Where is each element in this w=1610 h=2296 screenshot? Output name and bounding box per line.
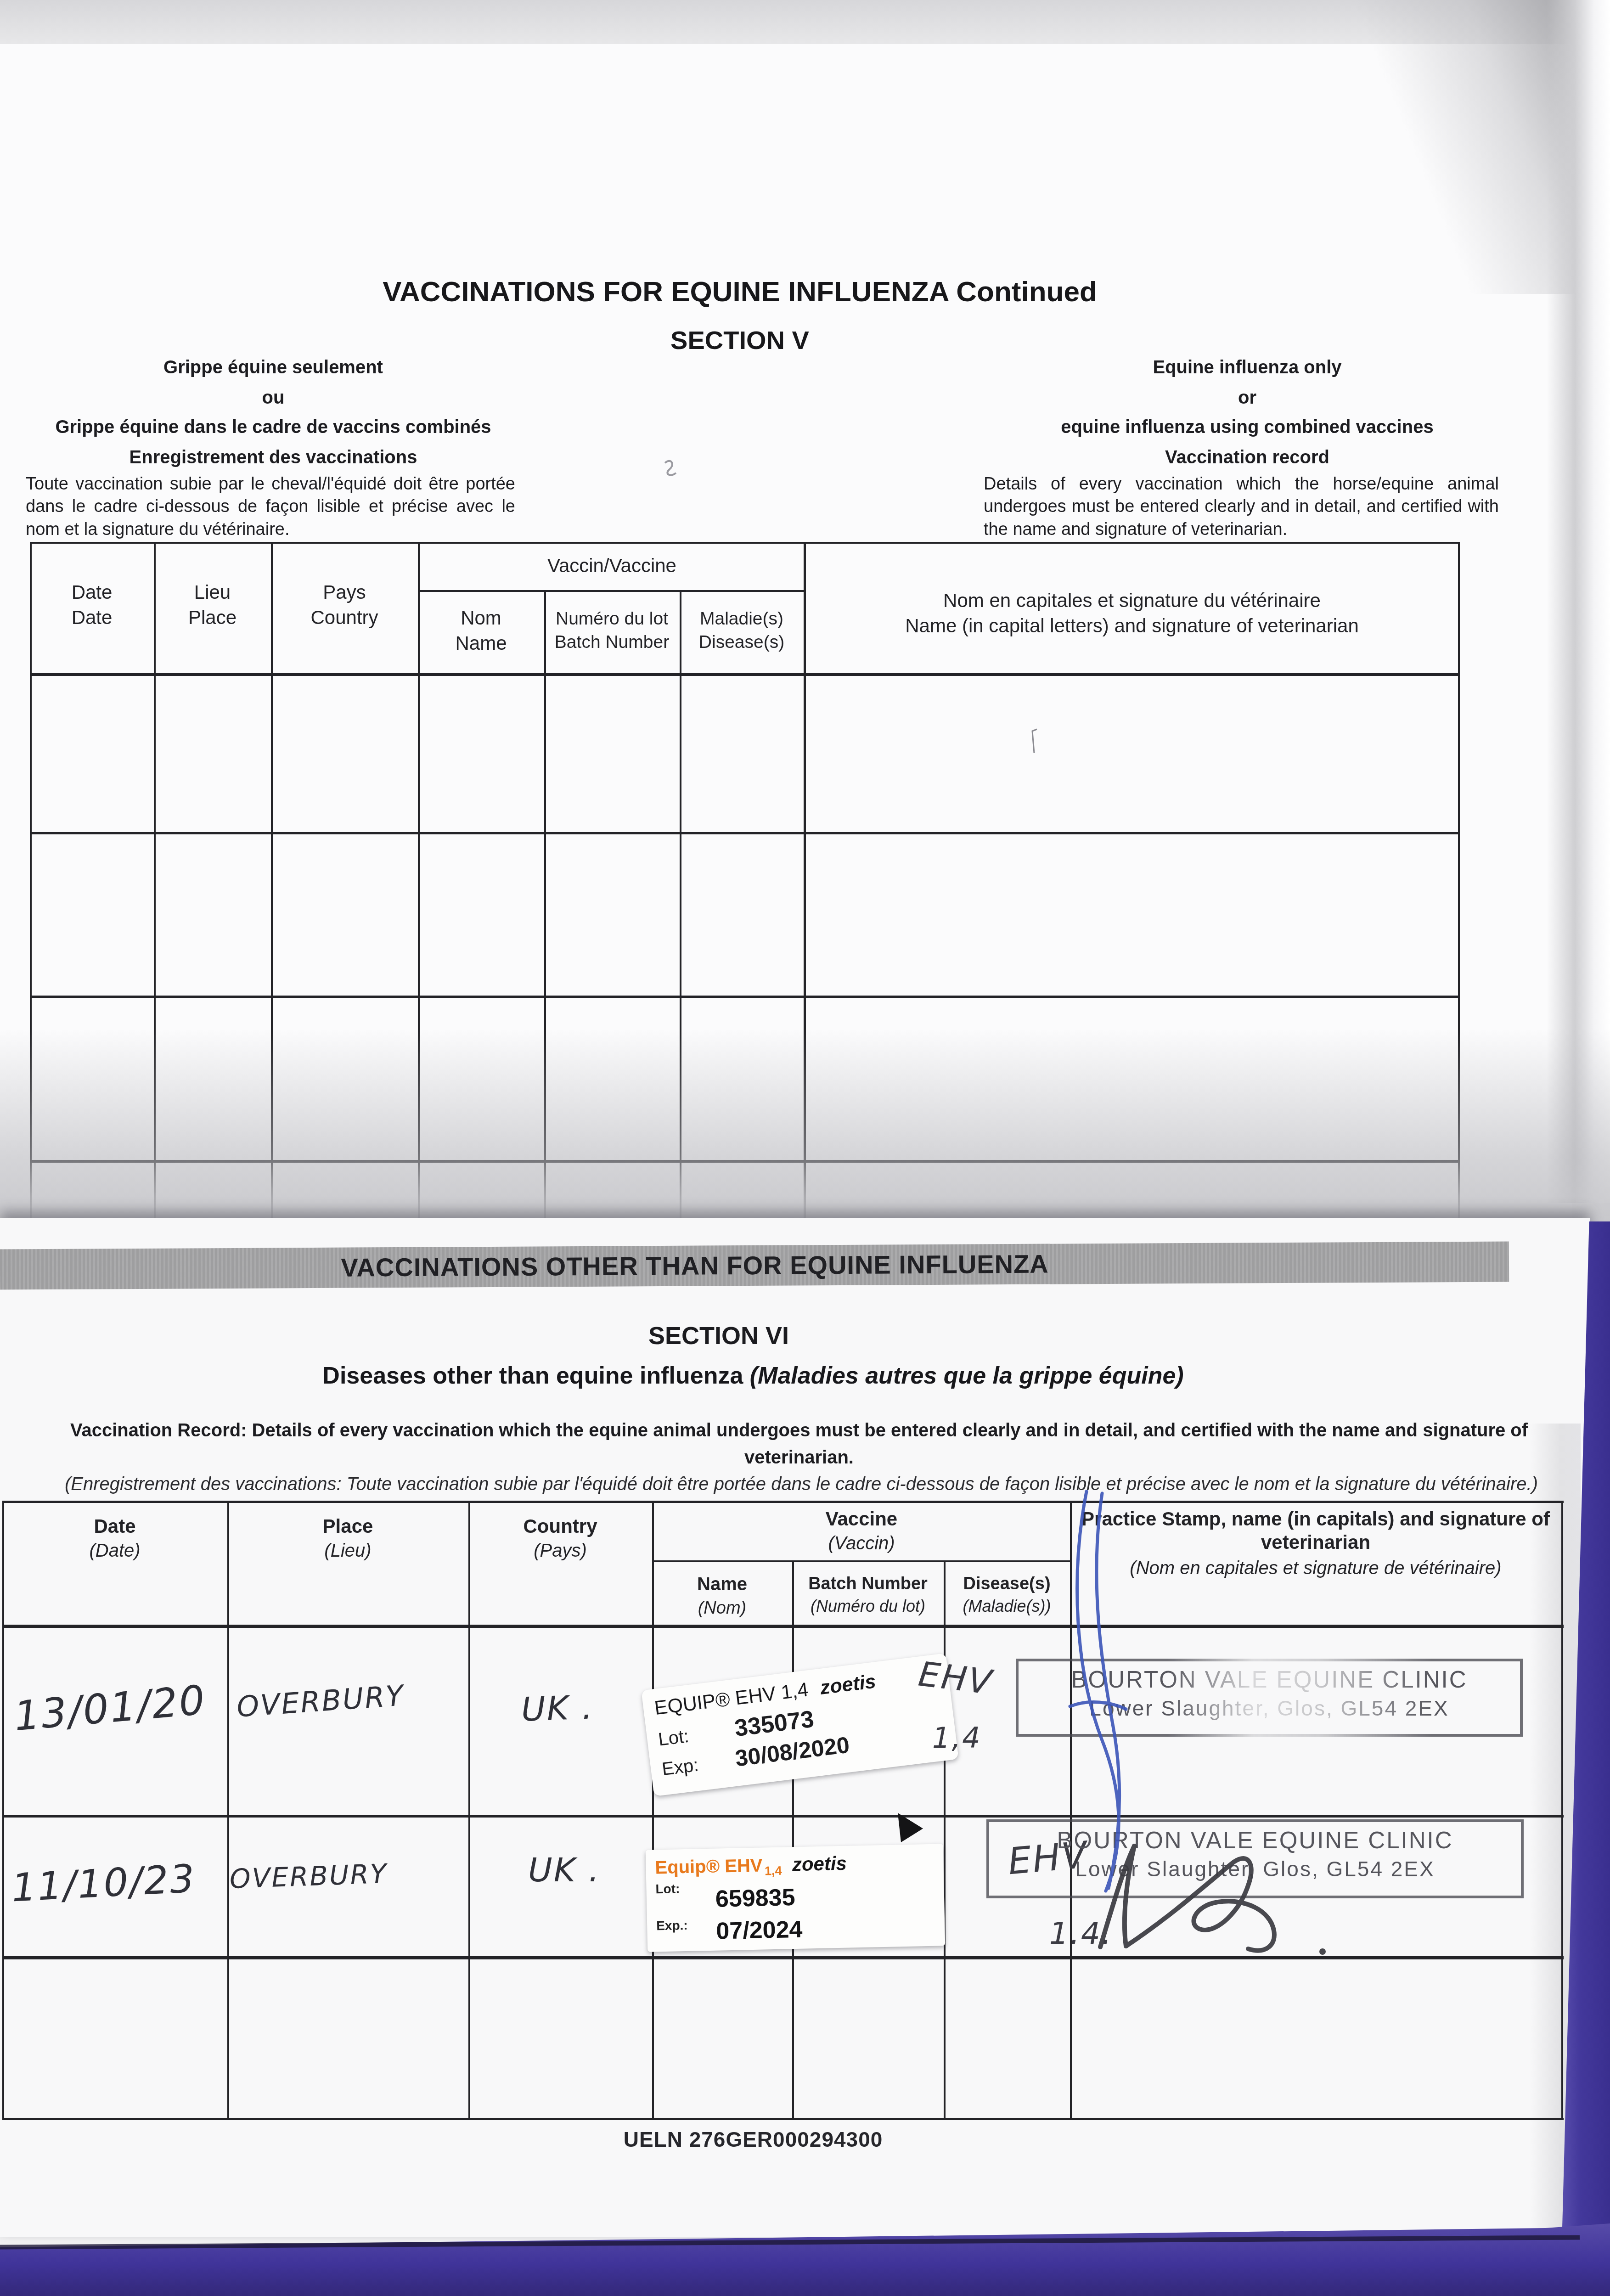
- fr-line-1: Grippe équine seulement: [28, 357, 519, 378]
- vi-date-en: Date: [2, 1514, 227, 1539]
- header-lot-fr: Numéro du lot: [544, 607, 680, 630]
- fr-line-4: Enregistrement des vaccinations: [28, 447, 519, 468]
- vi-batch-fr: (Numéro du lot): [792, 1595, 944, 1617]
- row2-exp-value: 07/2024: [716, 1916, 803, 1945]
- zoetis-logo: zoetis: [792, 1852, 847, 1875]
- vi-place-fr: (Lieu): [227, 1539, 468, 1563]
- header-maladie: Maladie(s): [680, 607, 804, 630]
- ueln-number: UELN 276GER000294300: [556, 2127, 951, 2152]
- header-lieu: Lieu: [154, 580, 271, 605]
- vi-header-date: Date (Date): [2, 1514, 227, 1563]
- row2-vaccine-sticker: Equip® EHV 1,4 zoetis Lot: 659835 Exp.: …: [646, 1844, 946, 1952]
- vi-batch-en: Batch Number: [792, 1572, 944, 1595]
- row2-disease-note-2: 1.4.: [1049, 1916, 1113, 1951]
- header-pays: Pays: [271, 580, 418, 605]
- en-line-1: Equine influenza only: [981, 357, 1514, 378]
- header-name: Name: [418, 630, 544, 656]
- vi-date-fr: (Date): [2, 1539, 227, 1563]
- header-vet-fr: Nom en capitales et signature du vétérin…: [806, 588, 1458, 613]
- col-header-country: Pays Country: [271, 580, 418, 630]
- fr-line-3: Grippe équine dans le cadre de vaccins c…: [28, 417, 519, 438]
- header-date-en: Date: [30, 605, 154, 630]
- header-country: Country: [271, 605, 418, 630]
- grid-line: [1070, 1501, 1072, 2120]
- vi-header-vaccine: Vaccine (Vaccin): [652, 1506, 1071, 1556]
- grid-line: [1561, 1501, 1563, 2120]
- header-disease: Disease(s): [680, 630, 804, 654]
- en-line-2: or: [981, 388, 1514, 408]
- vi-header-country: Country (Pays): [468, 1514, 652, 1563]
- en-paragraph: Details of every vaccination which the h…: [984, 473, 1499, 541]
- row1-exp-label: Exp:: [661, 1755, 700, 1779]
- scanned-horse-passport: VACCINATIONS FOR EQUINE INFLUENZA Contin…: [0, 0, 1610, 2296]
- grid-line: [2, 1625, 1564, 1628]
- header-place: Place: [154, 605, 271, 630]
- header-lot-en: Batch Number: [544, 630, 680, 654]
- vi-practice-en: Practice Stamp, name (in capitals) and s…: [1070, 1507, 1561, 1554]
- grid-line: [2, 1815, 1564, 1818]
- grid-line: [30, 832, 1459, 834]
- section-vi-label: SECTION VI: [0, 1322, 1437, 1350]
- col-header-batch: Numéro du lot Batch Number: [544, 607, 680, 654]
- col-header-name: Nom Name: [418, 605, 544, 656]
- vi-header-disease: Disease(s) (Maladie(s)): [944, 1572, 1070, 1617]
- vi-practice-fr: (Nom en capitales et signature de vétéri…: [1070, 1557, 1561, 1580]
- row2-sticker-brand: Equip® EHV: [655, 1855, 763, 1878]
- heading-french: (Maladies autres que la grippe équine): [750, 1362, 1184, 1389]
- row2-stamp-line2: Lower Slaughter, Glos, GL54 2EX: [989, 1857, 1521, 1881]
- row2-practice-stamp: BOURTON VALE EQUINE CLINIC Lower Slaught…: [986, 1819, 1524, 1898]
- header-nom: Nom: [418, 605, 544, 630]
- grid-line: [30, 996, 1459, 998]
- grid-line: [30, 542, 1459, 544]
- scan-right-band: [1547, 0, 1610, 1203]
- row2-sticker-brand-sub: 1,4: [765, 1864, 782, 1878]
- record-instruction-fr: (Enregistrement des vaccinations: Toute …: [5, 1470, 1598, 1498]
- grid-line: [792, 1560, 794, 2120]
- col-header-disease: Maladie(s) Disease(s): [680, 607, 804, 654]
- vi-vaccine-fr: (Vaccin): [652, 1531, 1071, 1556]
- vi-disease-en: Disease(s): [944, 1572, 1070, 1595]
- grid-line: [944, 1560, 946, 2120]
- grid-line: [2, 1501, 1564, 1503]
- col-header-vaccine-group: Vaccin/Vaccine: [418, 553, 806, 578]
- row1-country: UK .: [521, 1688, 595, 1728]
- row2-lot-label: Lot:: [655, 1881, 680, 1896]
- record-instruction-en: Vaccination Record: Details of every vac…: [18, 1417, 1580, 1471]
- header-vet-en: Name (in capital letters) and signature …: [806, 613, 1458, 638]
- section-v-title: VACCINATIONS FOR EQUINE INFLUENZA Contin…: [0, 276, 1480, 308]
- row2-date: 11/10/23: [11, 1856, 197, 1911]
- vi-country-fr: (Pays): [468, 1539, 652, 1563]
- row2-exp-label: Exp.:: [656, 1918, 688, 1933]
- heading-english: Diseases other than equine influenza: [322, 1362, 743, 1389]
- row1-disease-note-2: 1,4: [932, 1721, 982, 1755]
- fr-paragraph: Toute vaccination subie par le cheval/l'…: [26, 473, 515, 541]
- vi-header-practice: Practice Stamp, name (in capitals) and s…: [1070, 1507, 1561, 1580]
- vi-name-en: Name: [652, 1572, 792, 1597]
- fr-line-2: ou: [28, 388, 519, 408]
- vi-place-en: Place: [227, 1514, 468, 1539]
- grid-line: [227, 1501, 229, 2120]
- grid-line: [652, 1560, 1072, 1562]
- row2-place: OVERBURY: [229, 1858, 388, 1895]
- vi-vaccine-en: Vaccine: [652, 1506, 1071, 1531]
- section-vi-heading: Diseases other than equine influenza (Ma…: [0, 1362, 1506, 1390]
- section-vi-banner: VACCINATIONS OTHER THAN FOR EQUINE INFLU…: [0, 1241, 1509, 1289]
- grid-line: [2, 1956, 1564, 1959]
- vi-header-name: Name (Nom): [652, 1572, 792, 1620]
- row1-practice-stamp: BOURTON VALE EQUINE CLINIC Lower Slaught…: [1016, 1659, 1523, 1737]
- grid-line: [418, 590, 806, 592]
- vi-country-en: Country: [468, 1514, 652, 1539]
- row1-stamp-line2: Lower Slaughter, Glos, GL54 2EX: [1019, 1696, 1520, 1721]
- vi-header-place: Place (Lieu): [227, 1514, 468, 1563]
- grid-line: [30, 673, 1459, 676]
- row1-stamp-line1: BOURTON VALE EQUINE CLINIC: [1019, 1666, 1520, 1693]
- grid-line: [468, 1501, 470, 2120]
- row1-lot-label: Lot:: [657, 1726, 690, 1750]
- section-v-label: SECTION V: [0, 325, 1480, 355]
- row2-lot-value: 659835: [715, 1884, 795, 1913]
- row2-country: UK .: [528, 1851, 601, 1889]
- grid-line: [2, 2118, 1564, 2120]
- en-line-4: Vaccination record: [981, 447, 1514, 468]
- en-line-3: equine influenza using combined vaccines: [981, 417, 1514, 438]
- vi-header-batch: Batch Number (Numéro du lot): [792, 1572, 944, 1617]
- col-header-date: Date Date: [30, 580, 154, 630]
- grid-line: [2, 1501, 4, 2120]
- section-vi-banner-text: VACCINATIONS OTHER THAN FOR EQUINE INFLU…: [0, 1242, 1449, 1290]
- row2-stamp-line1: BOURTON VALE EQUINE CLINIC: [989, 1827, 1521, 1854]
- vi-disease-fr: (Maladie(s)): [944, 1595, 1070, 1617]
- col-header-veterinarian: Nom en capitales et signature du vétérin…: [806, 588, 1458, 639]
- header-date-fr: Date: [30, 580, 154, 605]
- col-header-place: Lieu Place: [154, 580, 271, 630]
- vi-name-fr: (Nom): [652, 1597, 792, 1620]
- page-fold-shadow: [0, 1029, 1610, 1236]
